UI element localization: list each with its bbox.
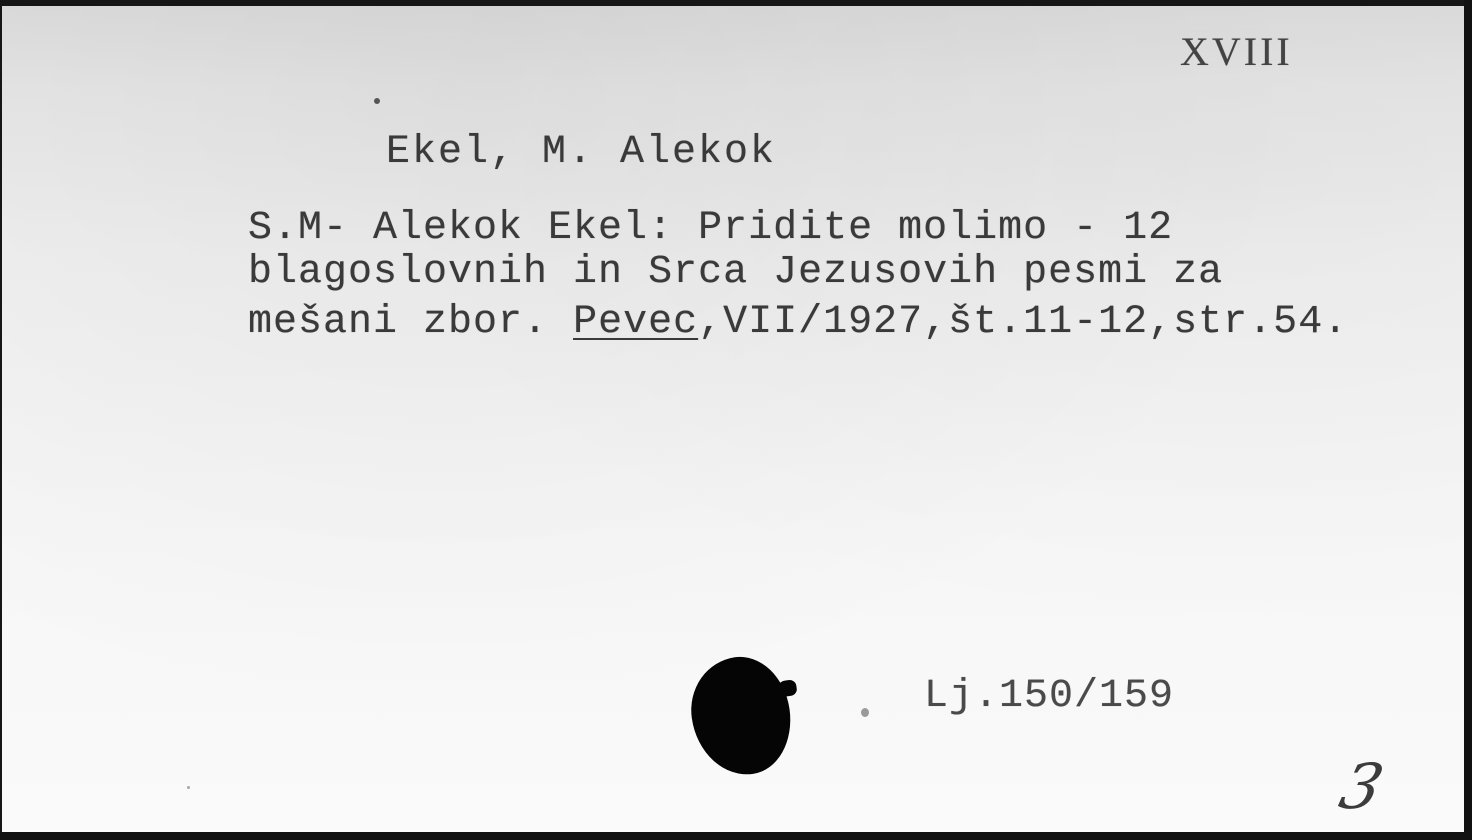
description-line-1: S.M- Alekok Ekel: Pridite molimo - 12 — [248, 206, 1173, 251]
description-line-2: blagoslovnih in Srca Jezusovih pesmi za — [248, 250, 1223, 295]
punch-hole — [684, 651, 797, 781]
citation-details: ,VII/1927,št.11-12,str.54. — [698, 300, 1348, 345]
classification-mark: XVIII — [1180, 28, 1293, 75]
description-line-3: mešani zbor. Pevec,VII/1927,št.11-12,str… — [248, 300, 1348, 345]
speck — [374, 98, 380, 104]
card-edge-bottom — [0, 832, 1472, 840]
journal-title: Pevec — [573, 300, 698, 345]
speck — [187, 786, 190, 789]
handwritten-number: 3 — [1333, 750, 1391, 823]
catalog-card: XVIII Ekel, M. Alekok S.M- Alekok Ekel: … — [2, 6, 1464, 832]
ink-dot — [861, 708, 869, 717]
card-heading-author: Ekel, M. Alekok — [386, 130, 776, 175]
scanned-card-image: XVIII Ekel, M. Alekok S.M- Alekok Ekel: … — [0, 0, 1472, 840]
shelf-mark: Lj.150/159 — [924, 674, 1174, 719]
card-edge-right — [1464, 0, 1472, 840]
description-text: mešani zbor. — [248, 300, 548, 345]
